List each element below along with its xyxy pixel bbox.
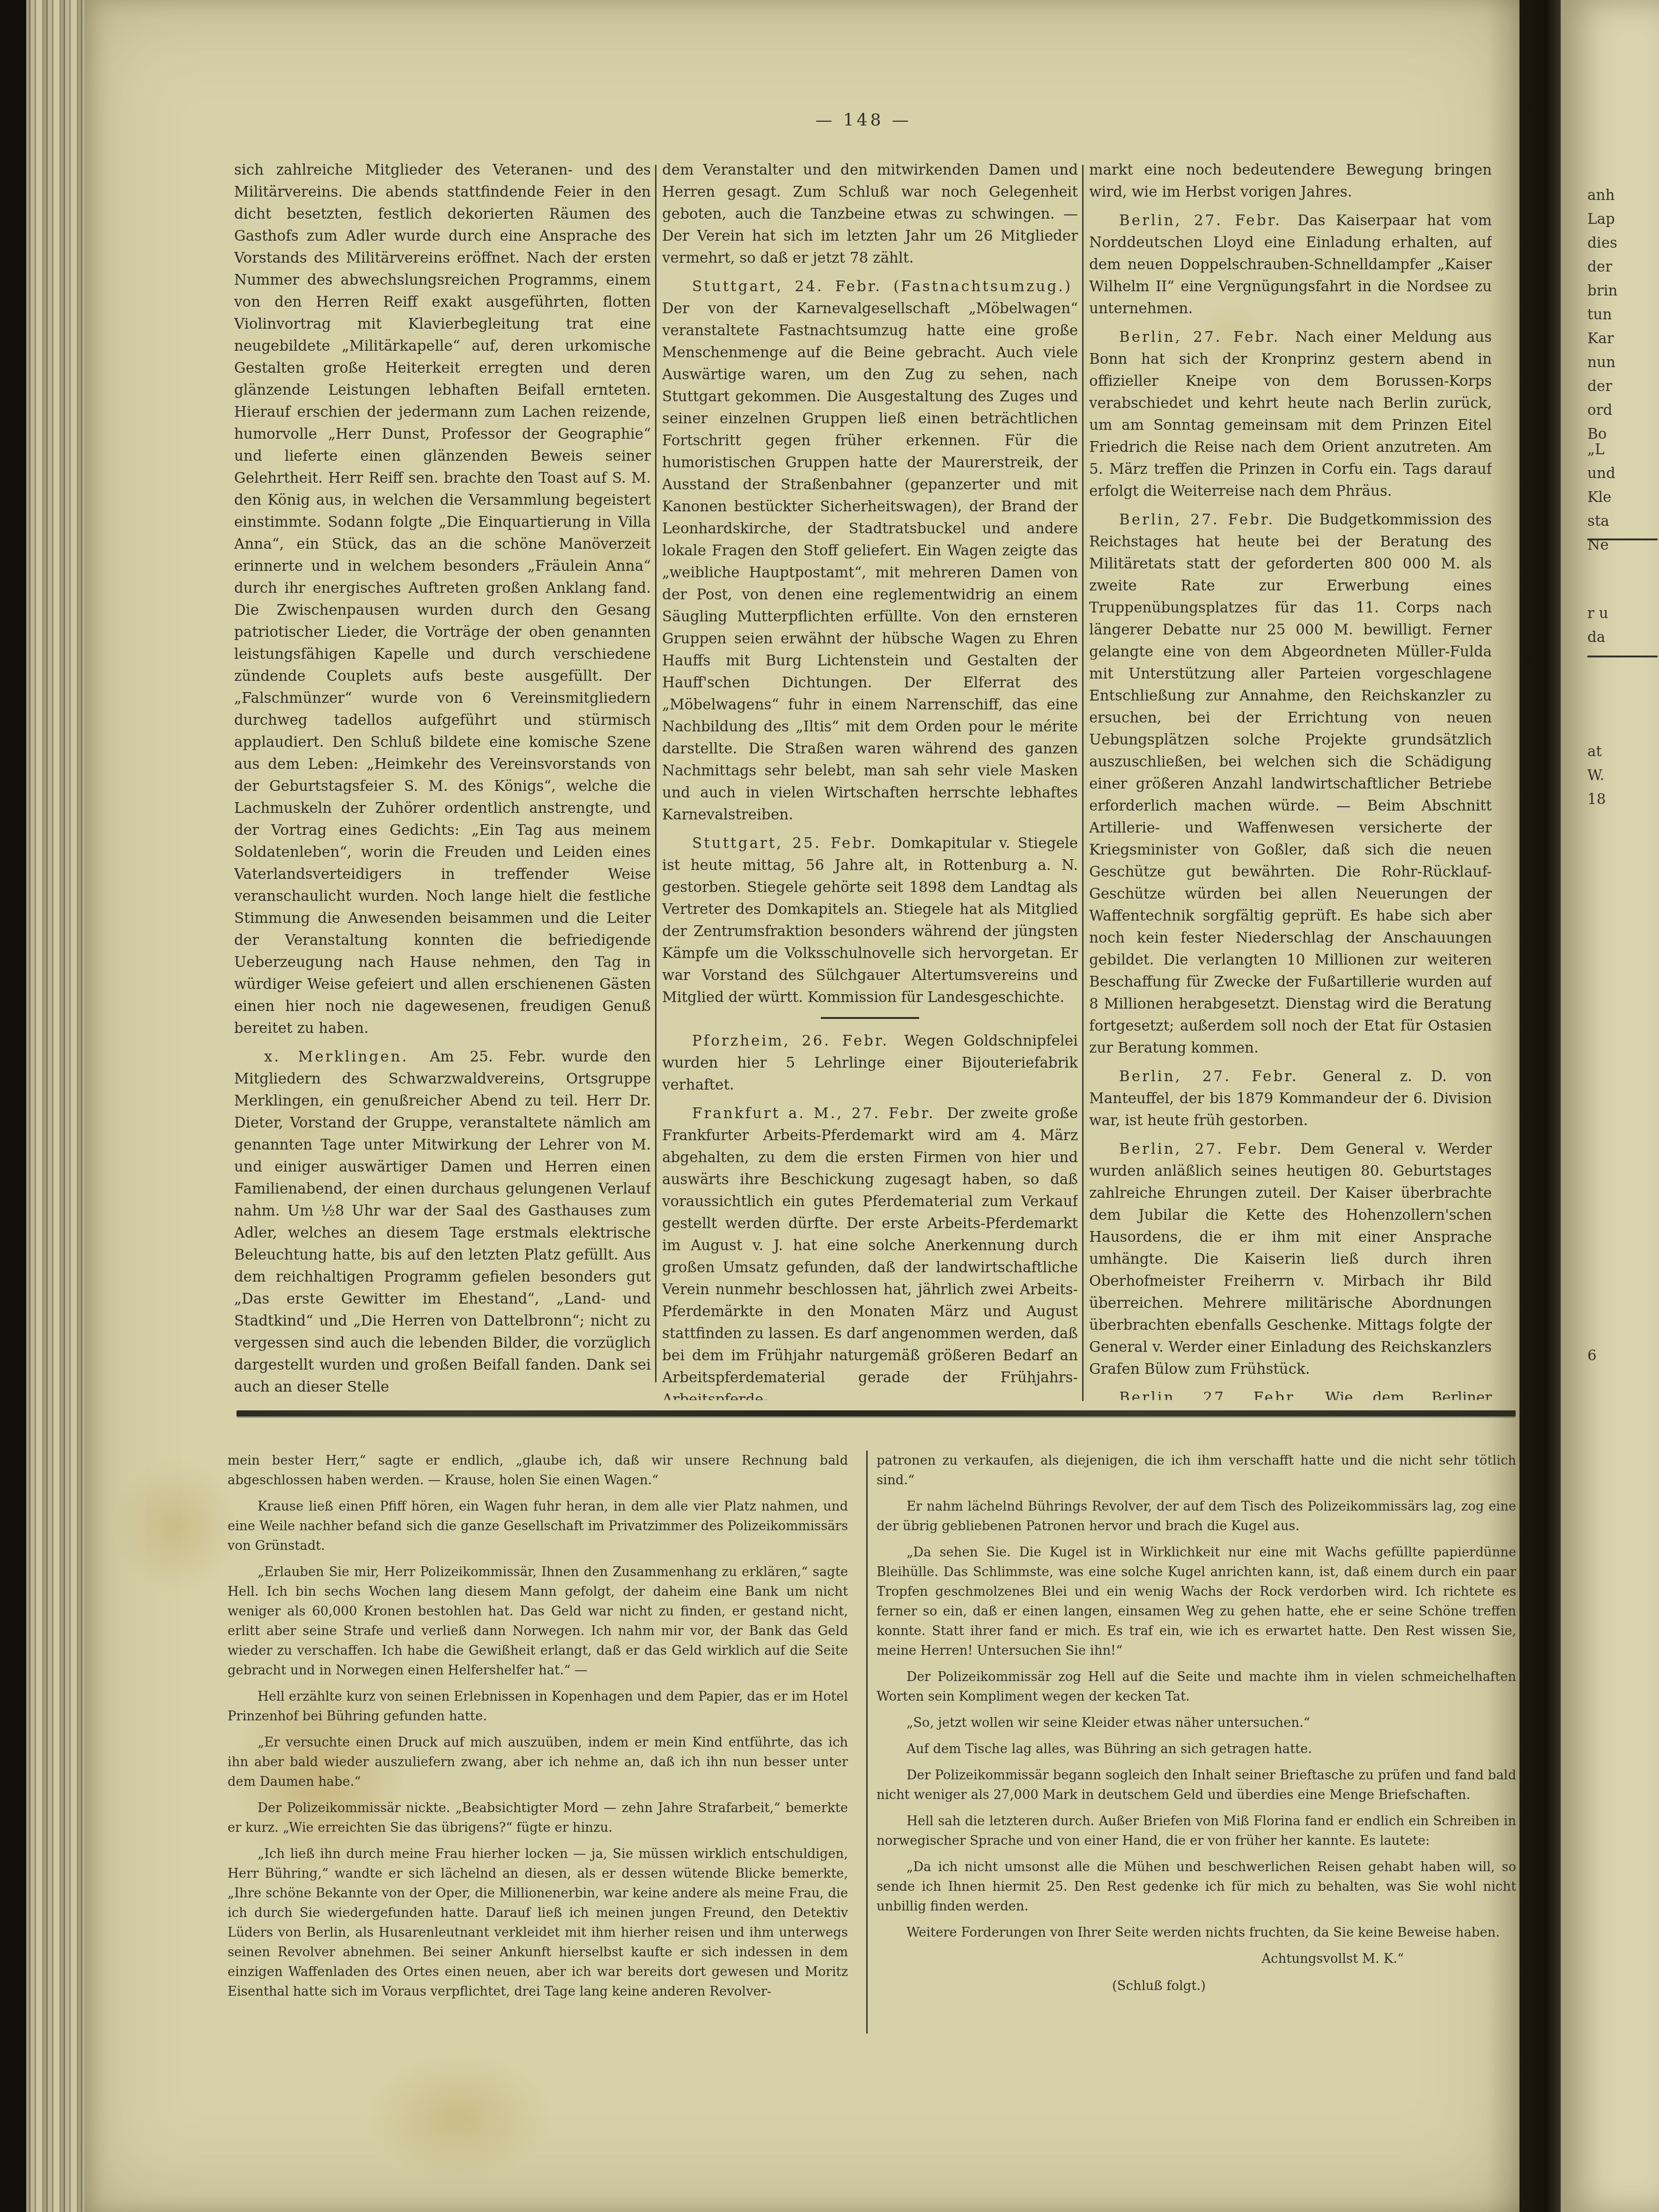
dateline: Berlin, 27. Febr. [1119, 511, 1275, 528]
story-paragraph: Er nahm lächelnd Bührings Revolver, der … [877, 1497, 1516, 1536]
news-paragraph: Frankfurt a. M., 27. Febr. Der zweite gr… [662, 1103, 1078, 1400]
news-paragraph: Berlin, 27. Febr. Das Kaiserpaar hat vom… [1089, 210, 1492, 320]
story-paragraph: Der Polizeikommissär begann sogleich den… [877, 1765, 1516, 1805]
book-page-stack-edge [26, 0, 84, 2212]
story-paragraph: „Ich ließ ihn durch meine Frau hierher l… [228, 1844, 848, 2001]
section-separator-heavy-rule [236, 1410, 1516, 1416]
paragraph-text: Dem General v. Werder wurden anläßlich s… [1089, 1141, 1492, 1378]
story-paragraph: mein bester Herr,“ sagte er endlich, „gl… [228, 1451, 848, 1490]
story-paragraph: Der Polizeikommissär zog Hell auf die Se… [877, 1667, 1516, 1706]
story-paragraph: „So, jetzt wollen wir seine Kleider etwa… [877, 1713, 1516, 1733]
news-paragraph: Berlin, 27. Febr. Die Budgetkommission d… [1089, 509, 1492, 1059]
facing-page-text-fragment: r u da [1587, 602, 1659, 649]
news-paragraph: Stuttgart, 24. Febr. (Fastnachtsumzug.) … [662, 276, 1078, 826]
dateline: Berlin, 27. Febr. [1119, 212, 1282, 229]
facing-page-rule [1587, 538, 1658, 540]
paragraph-text: markt eine noch bedeutendere Bewegung br… [1089, 162, 1492, 200]
letter-signature: Achtungsvollst M. K.“ [877, 1949, 1516, 1969]
news-paragraph: Berlin, 27. Febr. Dem General v. Werder … [1089, 1138, 1492, 1380]
news-paragraph: sich zahlreiche Mitglieder des Veteranen… [234, 159, 651, 1040]
story-paragraph: „Erlauben Sie mir, Herr Polizeikommissär… [228, 1562, 848, 1680]
paragraph-text: Am 25. Febr. wurde den Mitgliedern des S… [234, 1048, 651, 1395]
article-separator-rule [821, 1017, 919, 1019]
facing-page-rule [1587, 656, 1658, 657]
story-paragraph: „Er versuchte einen Druck auf mich auszu… [228, 1733, 848, 1792]
dateline: Frankfurt a. M., 27. Febr. [692, 1105, 935, 1122]
paragraph-text: Der zweite große Frankfurter Arbeits-Pfe… [662, 1105, 1078, 1400]
dateline: Berlin, 27. Febr. [1119, 1389, 1300, 1400]
story-paragraph: „Da sehen Sie. Die Kugel ist in Wirklich… [877, 1542, 1516, 1660]
feuilleton-column-divider-rule [866, 1451, 868, 2034]
facing-page-text-fragment: 6 [1587, 1344, 1659, 1368]
news-column-2: dem Veranstalter und den mitwirkenden Da… [662, 159, 1078, 1400]
dateline: Berlin, 27. Febr. [1119, 1141, 1283, 1158]
story-paragraph: „Da ich nicht umsonst alle die Mühen und… [877, 1857, 1516, 1916]
story-paragraph: patronen zu verkaufen, als diejenigen, d… [877, 1451, 1516, 1490]
news-paragraph: Berlin, 27. Febr. General z. D. von Mant… [1089, 1066, 1492, 1132]
news-paragraph: Berlin, 27. Febr. Wie dem „Berliner Tage… [1089, 1387, 1492, 1400]
column-divider-rule [1082, 165, 1084, 1401]
paragraph-text: dem Veranstalter und den mitwirkenden Da… [662, 162, 1078, 266]
news-paragraph: dem Veranstalter und den mitwirkenden Da… [662, 159, 1078, 269]
column-divider-rule [655, 165, 656, 1382]
story-paragraph: Weitere Forderungen von Ihrer Seite werd… [877, 1923, 1516, 1942]
paragraph-text: Nach einer Meldung aus Bonn hat sich der… [1089, 329, 1492, 500]
news-column-3: markt eine noch bedeutendere Bewegung br… [1089, 159, 1492, 1400]
paragraph-text: sich zahlreiche Mitglieder des Veteranen… [234, 162, 651, 1037]
story-paragraph: Auf dem Tische lag alles, was Bühring an… [877, 1739, 1516, 1759]
dateline: Stuttgart, 24. Febr. (Fastnachtsumzug.) [692, 278, 1072, 295]
feuilleton-column-left: mein bester Herr,“ sagte er endlich, „gl… [228, 1451, 848, 2097]
paragraph-text: Die Budgetkommission des Reichstages hat… [1089, 511, 1492, 1056]
news-paragraph: Berlin, 27. Febr. Nach einer Meldung aus… [1089, 326, 1492, 502]
paragraph-text: Der von der Karnevalgesellschaft „Möbelw… [662, 300, 1078, 823]
news-paragraph: Stuttgart, 25. Febr. Domkapitular v. Sti… [662, 833, 1078, 1009]
paragraph-text: Domkapitular v. Stiegele ist heute mitta… [662, 835, 1078, 1006]
facing-page-text-fragment: anh Lap dies der brin tun Kar nun der or… [1587, 184, 1659, 446]
scanned-newspaper-screenshot: { "page": { "number": "— 148 —" }, "colo… [0, 0, 1659, 2212]
serial-continuation-note: (Schluß folgt.) [877, 1976, 1516, 1996]
dateline: Stuttgart, 25. Febr. [692, 835, 877, 852]
page-number: — 148 — [234, 111, 1493, 130]
story-paragraph: Hell sah die letzteren durch. Außer Brie… [877, 1811, 1516, 1851]
book-spine-gutter-shadow [1487, 0, 1561, 2212]
dateline: Berlin, 27. Febr. [1119, 329, 1280, 346]
dateline: Pforzheim, 26. Febr. [692, 1032, 889, 1049]
facing-page-text-fragment: at W. 18 [1587, 740, 1659, 811]
news-paragraph: Pforzheim, 26. Febr. Wegen Goldschnipfel… [662, 1030, 1078, 1096]
news-paragraph: markt eine noch bedeutendere Bewegung br… [1089, 159, 1492, 203]
news-column-1: sich zahlreiche Mitglieder des Veteranen… [234, 159, 651, 1400]
dateline: x. Merklingen. [264, 1048, 408, 1065]
story-paragraph: Der Polizeikommissär nickte. „Beabsichti… [228, 1798, 848, 1837]
dateline: Berlin, 27. Febr. [1119, 1068, 1298, 1085]
story-paragraph: Hell erzählte kurz von seinen Erlebnisse… [228, 1687, 848, 1726]
feuilleton-column-right: patronen zu verkaufen, als diejenigen, d… [877, 1451, 1516, 2097]
story-paragraph: Krause ließ einen Pfiff hören, ein Wagen… [228, 1497, 848, 1556]
news-paragraph: x. Merklingen. Am 25. Febr. wurde den Mi… [234, 1046, 651, 1398]
